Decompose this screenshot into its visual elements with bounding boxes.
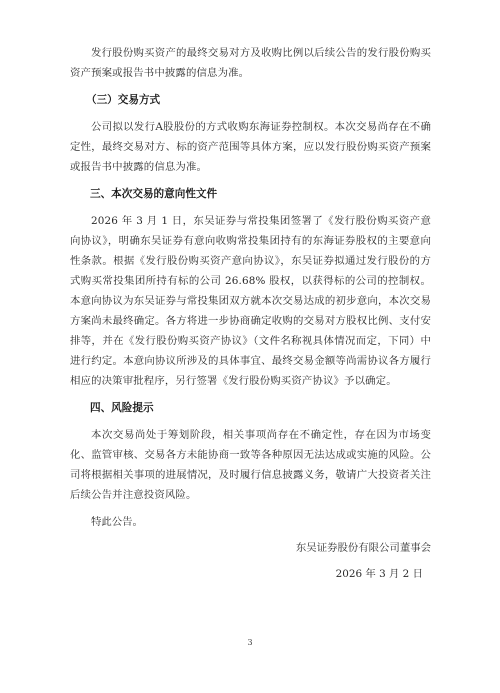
page-number: 3 bbox=[0, 638, 500, 647]
signature-organization: 东吴证券股份有限公司董事会 bbox=[70, 538, 431, 558]
heading-transaction-method: （三）交易方式 bbox=[70, 90, 431, 110]
paragraph-transaction-method: 公司拟以发行A股股份的方式收购东海证券控制权。本次交易尚存在不确定性，最终交易对… bbox=[70, 117, 431, 177]
paragraph-final-counterparty: 发行股份购买资产的最终交易对方及收购比例以后续公告的发行股份购买资产预案或报告书… bbox=[70, 43, 431, 83]
heading-risk-warning: 四、风险提示 bbox=[70, 398, 431, 418]
paragraph-risk-warning: 本次交易尚处于筹划阶段，相关事项尚存在不确定性，存在因为市场变化、监管审核、交易… bbox=[70, 425, 431, 505]
document-page: 发行股份购买资产的最终交易对方及收购比例以后续公告的发行股份购买资产预案或报告书… bbox=[0, 0, 500, 693]
closing-statement: 特此公告。 bbox=[70, 512, 431, 532]
signature-date: 2026 年 3 月 2 日 bbox=[70, 564, 431, 584]
paragraph-intent-agreement: 2026 年 3 月 1 日，东吴证券与常投集团签署了《发行股份购买资产意向协议… bbox=[70, 211, 431, 391]
document-body: 发行股份购买资产的最终交易对方及收购比例以后续公告的发行股份购买资产预案或报告书… bbox=[70, 43, 431, 584]
heading-intent-documents: 三、本次交易的意向性文件 bbox=[70, 184, 431, 204]
